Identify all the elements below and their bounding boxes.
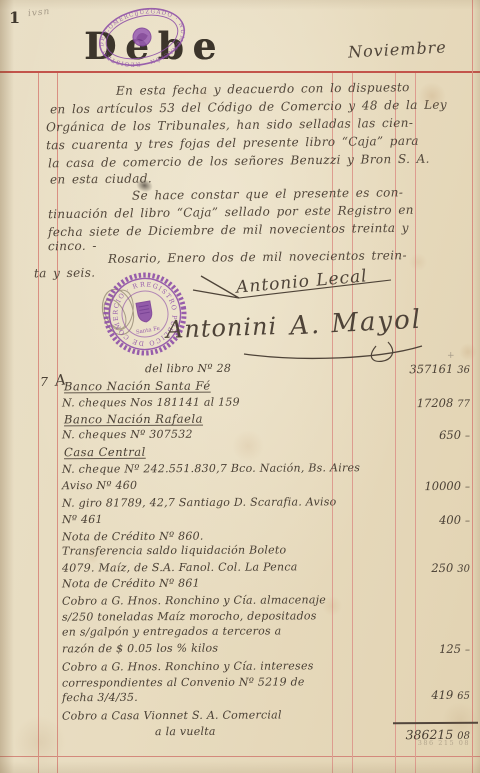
amount-cents: –	[465, 645, 470, 656]
amount: 41965	[402, 688, 470, 703]
ledger-row: Transferencia saldo liquidación Boleto	[62, 543, 286, 557]
ledger-row: Nota de Crédito Nº 861	[62, 577, 200, 591]
total-rule	[393, 722, 478, 725]
paragraph1-line: Orgánica de los Tribunales, han sido sel…	[46, 116, 413, 134]
day-number: 7	[40, 374, 48, 389]
pencil-annotation: ivsn	[28, 7, 51, 19]
ruled-line-footer	[0, 756, 480, 757]
paragraph2-line: Se hace constar que el presente es con-	[132, 185, 403, 202]
ledger-page: 1 ivsn Debe Noviembre JUZGADO · NUMERACI…	[0, 0, 480, 773]
ledger-row: Cobro a G. Hnos. Ronchino y Cía. almacen…	[62, 593, 326, 607]
ledger-row: correspondientes al Convenio Nº 5219 de	[62, 675, 305, 689]
ledger-row-account: Banco Nación Rafaela	[64, 412, 203, 427]
dateline: Rosario, Enero dos de mil novecientos tr…	[108, 248, 407, 266]
amount-cents: 77	[457, 399, 470, 410]
paragraph1-line: En esta fecha y deacuerdo con lo dispues…	[116, 80, 410, 98]
amount-cents: 30	[457, 564, 470, 575]
ledger-row: N. giro 81789, 42,7 Santiago D. Scarafia…	[62, 495, 337, 509]
ledger-row: razón de $ 0.05 los % kilos	[62, 642, 218, 656]
amount-main: 419	[431, 688, 453, 702]
amount-main: 10000	[424, 479, 461, 493]
shield-icon	[136, 301, 153, 323]
pencil-plus-mark: +	[447, 351, 455, 361]
ledger-row: s/250 toneladas Maíz morocho, depositado…	[62, 609, 317, 623]
ledger-row: Cobro a G. Hnos. Ronchino y Cía. interes…	[62, 659, 314, 673]
ledger-row: N. cheques Nos 181141 al 159	[62, 396, 240, 410]
round-stamp: REGISTRO PÚBLICO DE COMERCIO · ROSARIO ·…	[95, 264, 195, 364]
folio-number: 1	[9, 8, 20, 27]
pencil-check-total: 386 215 08	[408, 739, 470, 747]
amount: 1720877	[402, 396, 470, 411]
amount-cents: 36	[457, 365, 470, 376]
amount-main: 17208	[417, 396, 454, 410]
paragraph1-line: la casa de comercio de los señores Benuz…	[48, 152, 430, 171]
ruled-line-col-1	[332, 73, 333, 773]
month-heading: Noviembre	[348, 37, 448, 61]
paragraph1-line: en los artículos 53 del Código de Comerc…	[50, 98, 447, 117]
ledger-row: Cobro a Casa Vionnet S. A. Comercial	[62, 708, 282, 722]
ruled-line-col-2	[352, 73, 353, 773]
amount-main: 400	[439, 513, 461, 527]
ledger-row: Nota de Crédito Nº 860.	[62, 530, 204, 544]
amount-main: 125	[439, 642, 461, 656]
amount: 650–	[402, 428, 470, 443]
amount: 400–	[402, 513, 470, 528]
ledger-row: Nº 461	[62, 513, 103, 526]
paragraph2-line: tinuación del libro “Caja” sellado por e…	[48, 203, 414, 221]
ledger-row-account: Banco Nación Santa Fé	[64, 379, 211, 394]
signature-flourish-2	[240, 340, 428, 374]
amount-main: 650	[439, 428, 461, 442]
coat-of-arms-icon	[131, 26, 153, 48]
dateline-continued: ta y seis.	[34, 266, 96, 281]
ledger-row-account: Casa Central	[64, 445, 146, 459]
amount: 25030	[402, 561, 470, 576]
ruled-line-margin-1	[38, 73, 39, 773]
amount: 125–	[402, 642, 470, 657]
ledger-row: del libro Nº 28	[145, 362, 231, 375]
amount-cents: –	[465, 482, 470, 493]
ledger-row: N. cheques Nº 307532	[62, 428, 193, 442]
amount: 35716136	[402, 362, 470, 377]
ruled-line-col-4	[415, 73, 416, 773]
paragraph2-line: fecha siete de Diciembre de mil novecien…	[48, 221, 409, 239]
signature-party-2: A. Mayol	[289, 305, 422, 342]
amount-cents: –	[465, 431, 470, 442]
amount-cents: –	[465, 516, 470, 527]
ruled-line-col-5	[472, 0, 473, 773]
ruled-line-header	[0, 71, 480, 73]
paragraph2-line: cinco. -	[48, 239, 97, 254]
amount: 10000–	[402, 479, 470, 494]
ledger-row: N. cheque Nº 242.551.830,7 Bco. Nación, …	[62, 461, 360, 476]
ledger-row: Aviso Nº 460	[62, 479, 137, 492]
amount-cents: 65	[457, 691, 470, 702]
ledger-row: 4079. Maíz, de S.A. Fanol. Col. La Penca	[62, 560, 298, 574]
carried-forward-note: a la vuelta	[155, 725, 216, 738]
ledger-row: en s/galpón y entregados a terceros a	[62, 624, 282, 638]
amount-main: 357161	[409, 362, 453, 376]
ledger-row: fecha 3/4/35.	[62, 691, 138, 704]
paragraph1-line: tas cuarenta y tres fojas del presente l…	[46, 134, 419, 153]
ruled-line-col-3	[395, 73, 396, 773]
amount-main: 250	[431, 561, 453, 575]
